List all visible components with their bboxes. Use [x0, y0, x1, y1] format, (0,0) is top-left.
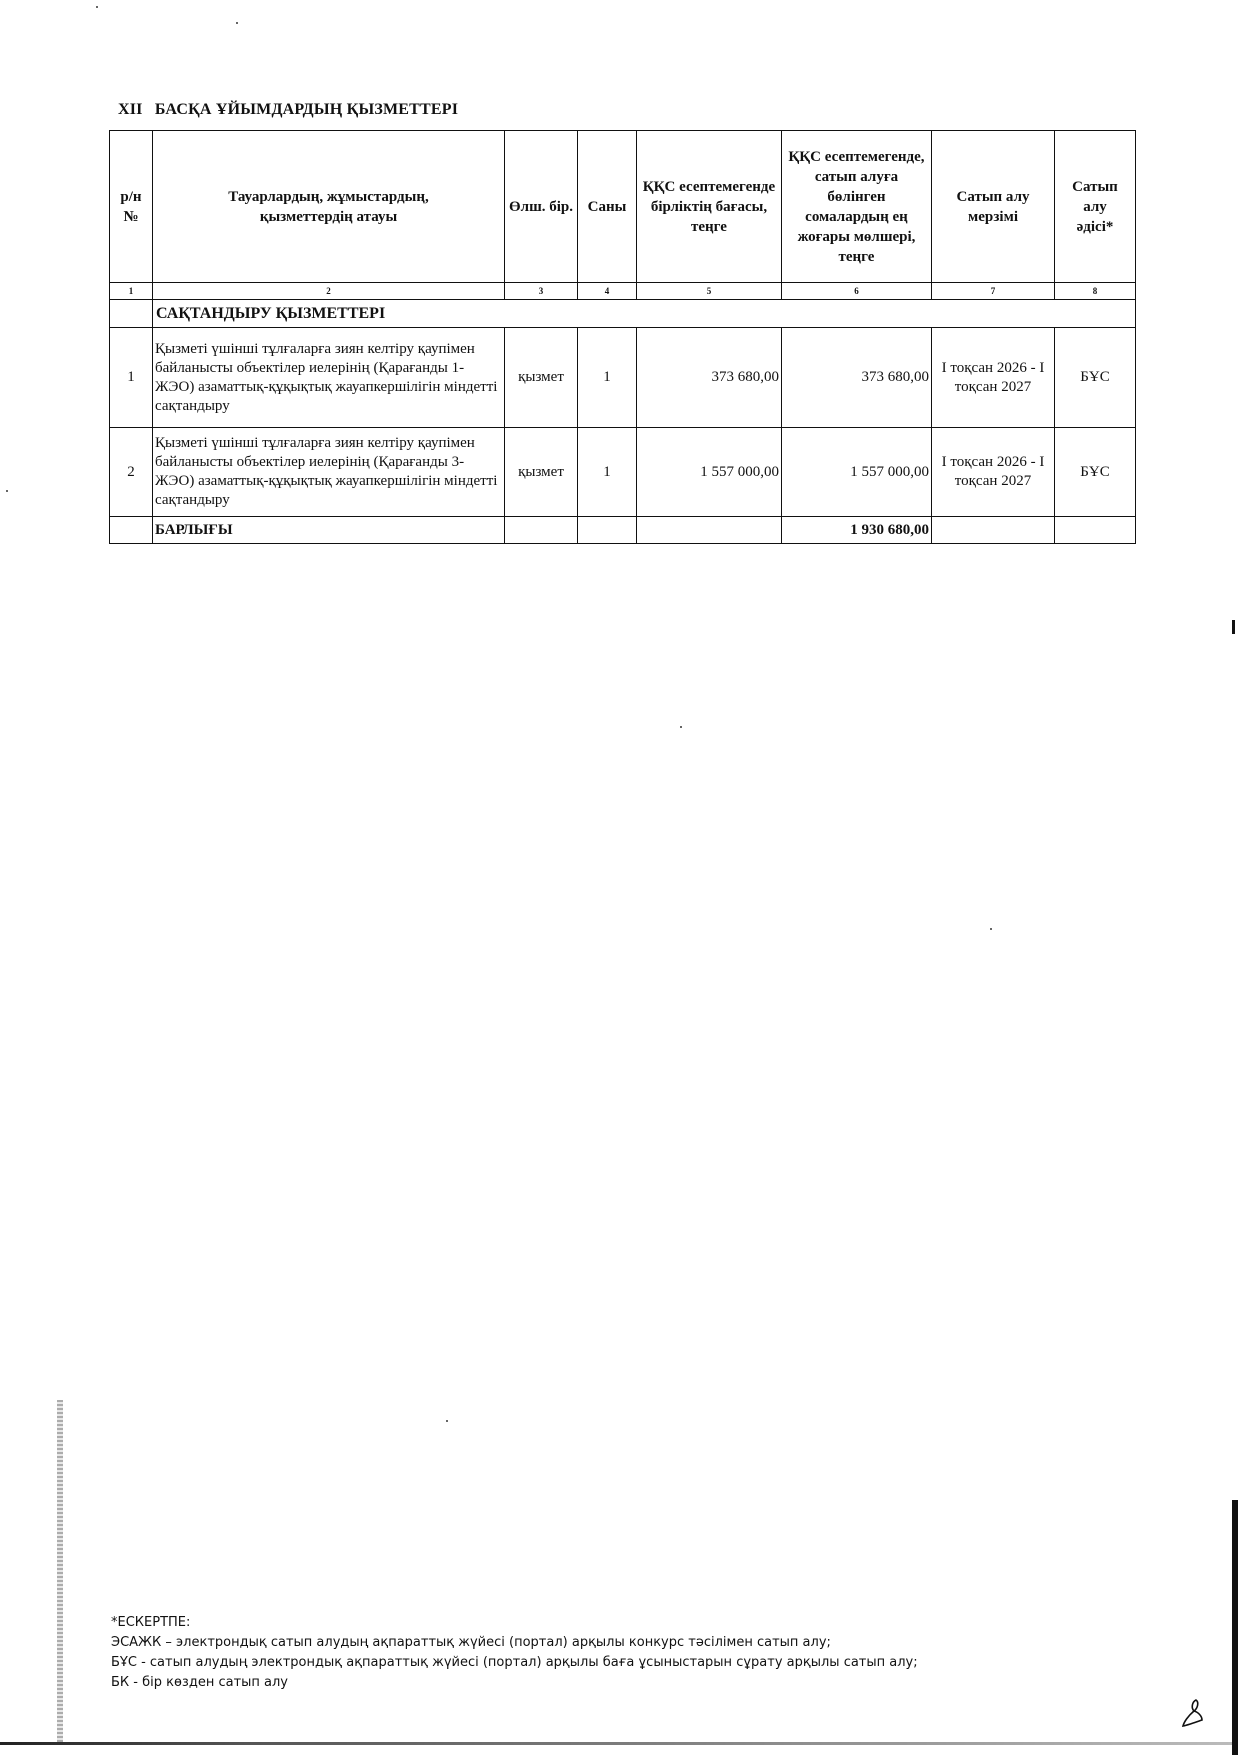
- item-total: 1 557 000,00: [782, 428, 932, 517]
- header-name: Тауарлардың, жұмыстардың, қызметтердің а…: [153, 131, 505, 283]
- header-method: Сатып алу әдісі*: [1055, 131, 1136, 283]
- header-unit: Өлш. бір.: [505, 131, 578, 283]
- column-number: 4: [578, 283, 637, 300]
- item-total: 373 680,00: [782, 328, 932, 428]
- row-number: 1: [110, 328, 153, 428]
- scan-speck: [96, 6, 98, 8]
- item-period: I тоқсан 2026 - I тоқсан 2027: [932, 328, 1055, 428]
- column-number: 2: [153, 283, 505, 300]
- item-qty: 1: [578, 428, 637, 517]
- group-title: САҚТАНДЫРУ ҚЫЗМЕТТЕРІ: [153, 300, 1136, 328]
- total-value: 1 930 680,00: [782, 517, 932, 544]
- footnote-line: ЭСАЖК – электрондық сатып алудың ақпарат…: [111, 1633, 918, 1653]
- scan-speck: [990, 928, 992, 930]
- item-unit: қызмет: [505, 328, 578, 428]
- scan-speck: [446, 1420, 448, 1422]
- footnote-line: БҰС - сатып алудың электрондық ақпаратты…: [111, 1653, 918, 1673]
- item-name: Қызметі үшінші тұлғаларға зиян келтіру қ…: [153, 328, 505, 428]
- section-number: XII: [118, 101, 143, 118]
- column-number: 3: [505, 283, 578, 300]
- header-total: ҚҚС есептемегенде, сатып алуға бөлінген …: [782, 131, 932, 283]
- section-heading: XII БАСҚА ҰЙЫМДАРДЫҢ ҚЫЗМЕТТЕРІ: [118, 101, 458, 119]
- section-title: БАСҚА ҰЙЫМДАРДЫҢ ҚЫЗМЕТТЕРІ: [155, 101, 458, 118]
- scan-speck: [236, 22, 238, 24]
- scan-edge-bottom: [0, 1742, 1232, 1745]
- total-row: БАРЛЫҒЫ 1 930 680,00: [110, 517, 1136, 544]
- footnote: *ЕСКЕРТПЕ: ЭСАЖК – электрондық сатып алу…: [111, 1613, 918, 1693]
- column-number: 6: [782, 283, 932, 300]
- item-method: БҰС: [1055, 328, 1136, 428]
- item-method: БҰС: [1055, 428, 1136, 517]
- header-unit-price: ҚҚС есептемегенде бірліктің бағасы, теңг…: [637, 131, 782, 283]
- header-row: р/н № Тауарлардың, жұмыстардың, қызметте…: [110, 131, 1136, 283]
- column-number: 1: [110, 283, 153, 300]
- item-name: Қызметі үшінші тұлғаларға зиян келтіру қ…: [153, 428, 505, 517]
- header-period: Сатып алу мерзімі: [932, 131, 1055, 283]
- column-number: 5: [637, 283, 782, 300]
- table-row: 1 Қызметі үшінші тұлғаларға зиян келтіру…: [110, 328, 1136, 428]
- item-qty: 1: [578, 328, 637, 428]
- footnote-line: БК - бір көзден сатып алу: [111, 1673, 918, 1693]
- header-no: р/н №: [110, 131, 153, 283]
- scan-edge-right: [1232, 1500, 1238, 1755]
- scan-edge-left: [57, 1400, 63, 1742]
- item-period: I тоқсан 2026 - I тоқсан 2027: [932, 428, 1055, 517]
- scan-speck: [680, 726, 682, 728]
- procurement-table: р/н № Тауарлардың, жұмыстардың, қызметте…: [109, 130, 1136, 544]
- handwritten-page-number-icon: [1180, 1698, 1206, 1728]
- total-label: БАРЛЫҒЫ: [153, 517, 505, 544]
- column-number: 8: [1055, 283, 1136, 300]
- scan-speck: [1232, 620, 1235, 634]
- table-row: 2 Қызметі үшінші тұлғаларға зиян келтіру…: [110, 428, 1136, 517]
- item-unit-price: 373 680,00: [637, 328, 782, 428]
- item-unit-price: 1 557 000,00: [637, 428, 782, 517]
- scan-speck: [6, 490, 8, 492]
- footnote-heading: *ЕСКЕРТПЕ:: [111, 1613, 918, 1633]
- item-unit: қызмет: [505, 428, 578, 517]
- header-qty: Саны: [578, 131, 637, 283]
- group-row: САҚТАНДЫРУ ҚЫЗМЕТТЕРІ: [110, 300, 1136, 328]
- column-number-row: 1 2 3 4 5 6 7 8: [110, 283, 1136, 300]
- column-number: 7: [932, 283, 1055, 300]
- row-number: 2: [110, 428, 153, 517]
